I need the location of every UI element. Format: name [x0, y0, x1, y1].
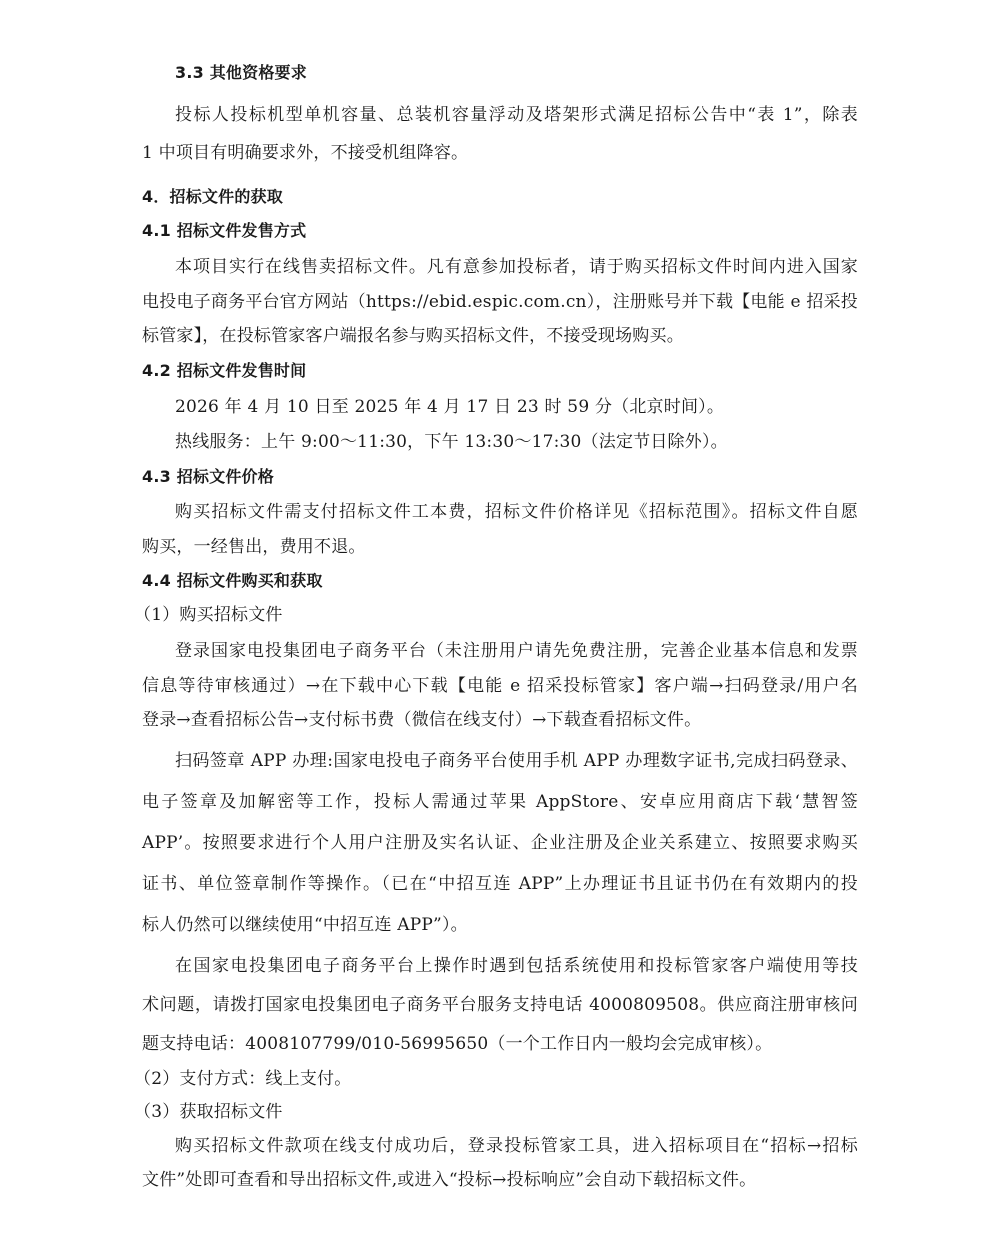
heading-4-1: 4.1 招标文件发售方式: [142, 220, 306, 242]
paragraph-4-2-sale-period: 2026 年 4 月 10 日至 2025 年 4 月 17 日 23 时 59…: [175, 396, 724, 418]
item-1-paragraph-1-line-1: 登录国家电投集团电子商务平台（未注册用户请先免费注册，完善企业基本信息和发票: [175, 640, 858, 662]
paragraph-3-3-line-2: 1 中项目有明确要求外，不接受机组降容。: [142, 142, 468, 164]
paragraph-4-1-line-2: 电投电子商务平台官方网站（https://ebid.espic.com.cn），…: [142, 291, 858, 313]
item-1-paragraph-2-line-1: 扫码签章 APP 办理:国家电投电子商务平台使用手机 APP 办理数字证书,完成…: [175, 750, 858, 772]
item-1-title: （1）购买招标文件: [134, 604, 283, 626]
paragraph-3-3-line-1: 投标人投标机型单机容量、总装机容量浮动及塔架形式满足招标公告中“表 1”，除表: [175, 104, 858, 126]
item-1-paragraph-3-line-1: 在国家电投集团电子商务平台上操作时遇到包括系统使用和投标管家客户端使用等技: [175, 955, 858, 977]
item-1-paragraph-2-line-4: 证书、单位签章制作等操作。（已在“中招互连 APP”上办理证书且证书仍在有效期内…: [142, 873, 858, 895]
heading-4: 4．招标文件的获取: [142, 186, 283, 208]
item-1-paragraph-3-line-2: 术问题，请拨打国家电投集团电子商务平台服务支持电话 4000809508。供应商…: [142, 994, 858, 1016]
heading-4-4: 4.4 招标文件购买和获取: [142, 570, 323, 592]
item-3-title: （3）获取招标文件: [134, 1101, 283, 1123]
item-1-paragraph-2-line-2: 电子签章及加解密等工作，投标人需通过苹果 AppStore、安卓应用商店下载‘慧…: [142, 791, 858, 813]
item-2-title: （2）支付方式：线上支付。: [134, 1068, 351, 1090]
heading-4-2: 4.2 招标文件发售时间: [142, 360, 306, 382]
heading-3-3: 3.3 其他资格要求: [175, 62, 307, 84]
paragraph-4-1-line-1: 本项目实行在线售卖招标文件。凡有意参加投标者，请于购买招标文件时间内进入国家: [175, 256, 858, 278]
item-1-paragraph-2-line-5: 标人仍然可以继续使用“中招互连 APP”）。: [142, 914, 468, 936]
paragraph-4-3-line-1: 购买招标文件需支付招标文件工本费，招标文件价格详见《招标范围》。招标文件自愿: [175, 501, 858, 523]
item-3-paragraph-1-line-2: 文件”处即可查看和导出招标文件,或进入“投标→投标响应”会自动下载招标文件。: [142, 1169, 756, 1191]
item-1-paragraph-3-line-3: 题支持电话：4008107799/010-56995650（一个工作日内一般均会…: [142, 1033, 772, 1055]
item-1-paragraph-1-line-2: 信息等待审核通过）→在下载中心下载【电能 e 招采投标管家】客户端→扫码登录/用…: [142, 675, 858, 697]
heading-4-3: 4.3 招标文件价格: [142, 466, 274, 488]
item-1-paragraph-2-line-3: APP’。按照要求进行个人用户注册及实名认证、企业注册及企业关系建立、按照要求购…: [142, 832, 858, 854]
item-3-paragraph-1-line-1: 购买招标文件款项在线支付成功后，登录投标管家工具，进入招标项目在“招标→招标: [175, 1135, 858, 1157]
paragraph-4-1-line-3: 标管家】，在投标管家客户端报名参与购买招标文件，不接受现场购买。: [142, 325, 684, 347]
item-1-paragraph-1-line-3: 登录→查看招标公告→支付标书费（微信在线支付）→下载查看招标文件。: [142, 709, 701, 731]
paragraph-4-3-line-2: 购买，一经售出，费用不退。: [142, 536, 366, 558]
paragraph-4-2-hotline: 热线服务：上午 9:00～11:30，下午 13:30～17:30（法定节日除外…: [175, 431, 728, 453]
